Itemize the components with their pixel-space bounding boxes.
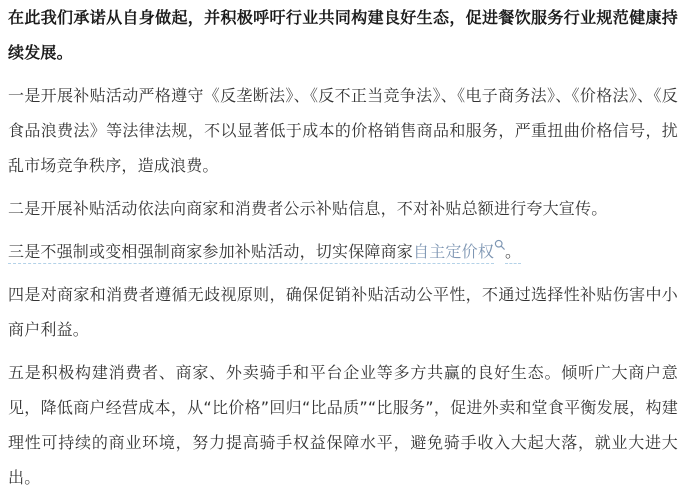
search-icon[interactable] <box>494 239 505 250</box>
point-3-paragraph: 三是不强制或变相强制商家参加补贴活动，切实保障商家自主定价权。 <box>8 234 678 269</box>
point-4-paragraph: 四是对商家和消费者遵循无歧视原则，确保促销补贴活动公平性，不通过选择性补贴伤害中… <box>8 277 678 347</box>
point-5-paragraph: 五是积极构建消费者、商家、外卖骑手和平台企业等多方共赢的良好生态。倾听广大商户意… <box>8 355 678 495</box>
intro-paragraph: 在此我们承诺从自身做起，并积极呼吁行业共同构建良好生态，促进餐饮服务行业规范健康… <box>8 0 678 70</box>
point-3-annotated-text: 三是不强制或变相强制商家参加补贴活动，切实保障商家 <box>8 242 413 261</box>
entity-link-pricing-autonomy[interactable]: 自主定价权 <box>413 242 494 261</box>
point-3-period: 。 <box>505 242 521 261</box>
point-1-paragraph: 一是开展补贴活动严格遵守《反垄断法》、《反不正当竞争法》、《电子商务法》、《价格… <box>8 78 678 183</box>
point-2-paragraph: 二是开展补贴活动依法向商家和消费者公示补贴信息，不对补贴总额进行夸大宣传。 <box>8 191 678 226</box>
article-body: 在此我们承诺从自身做起，并积极呼吁行业共同构建良好生态，促进餐饮服务行业规范健康… <box>0 0 687 495</box>
